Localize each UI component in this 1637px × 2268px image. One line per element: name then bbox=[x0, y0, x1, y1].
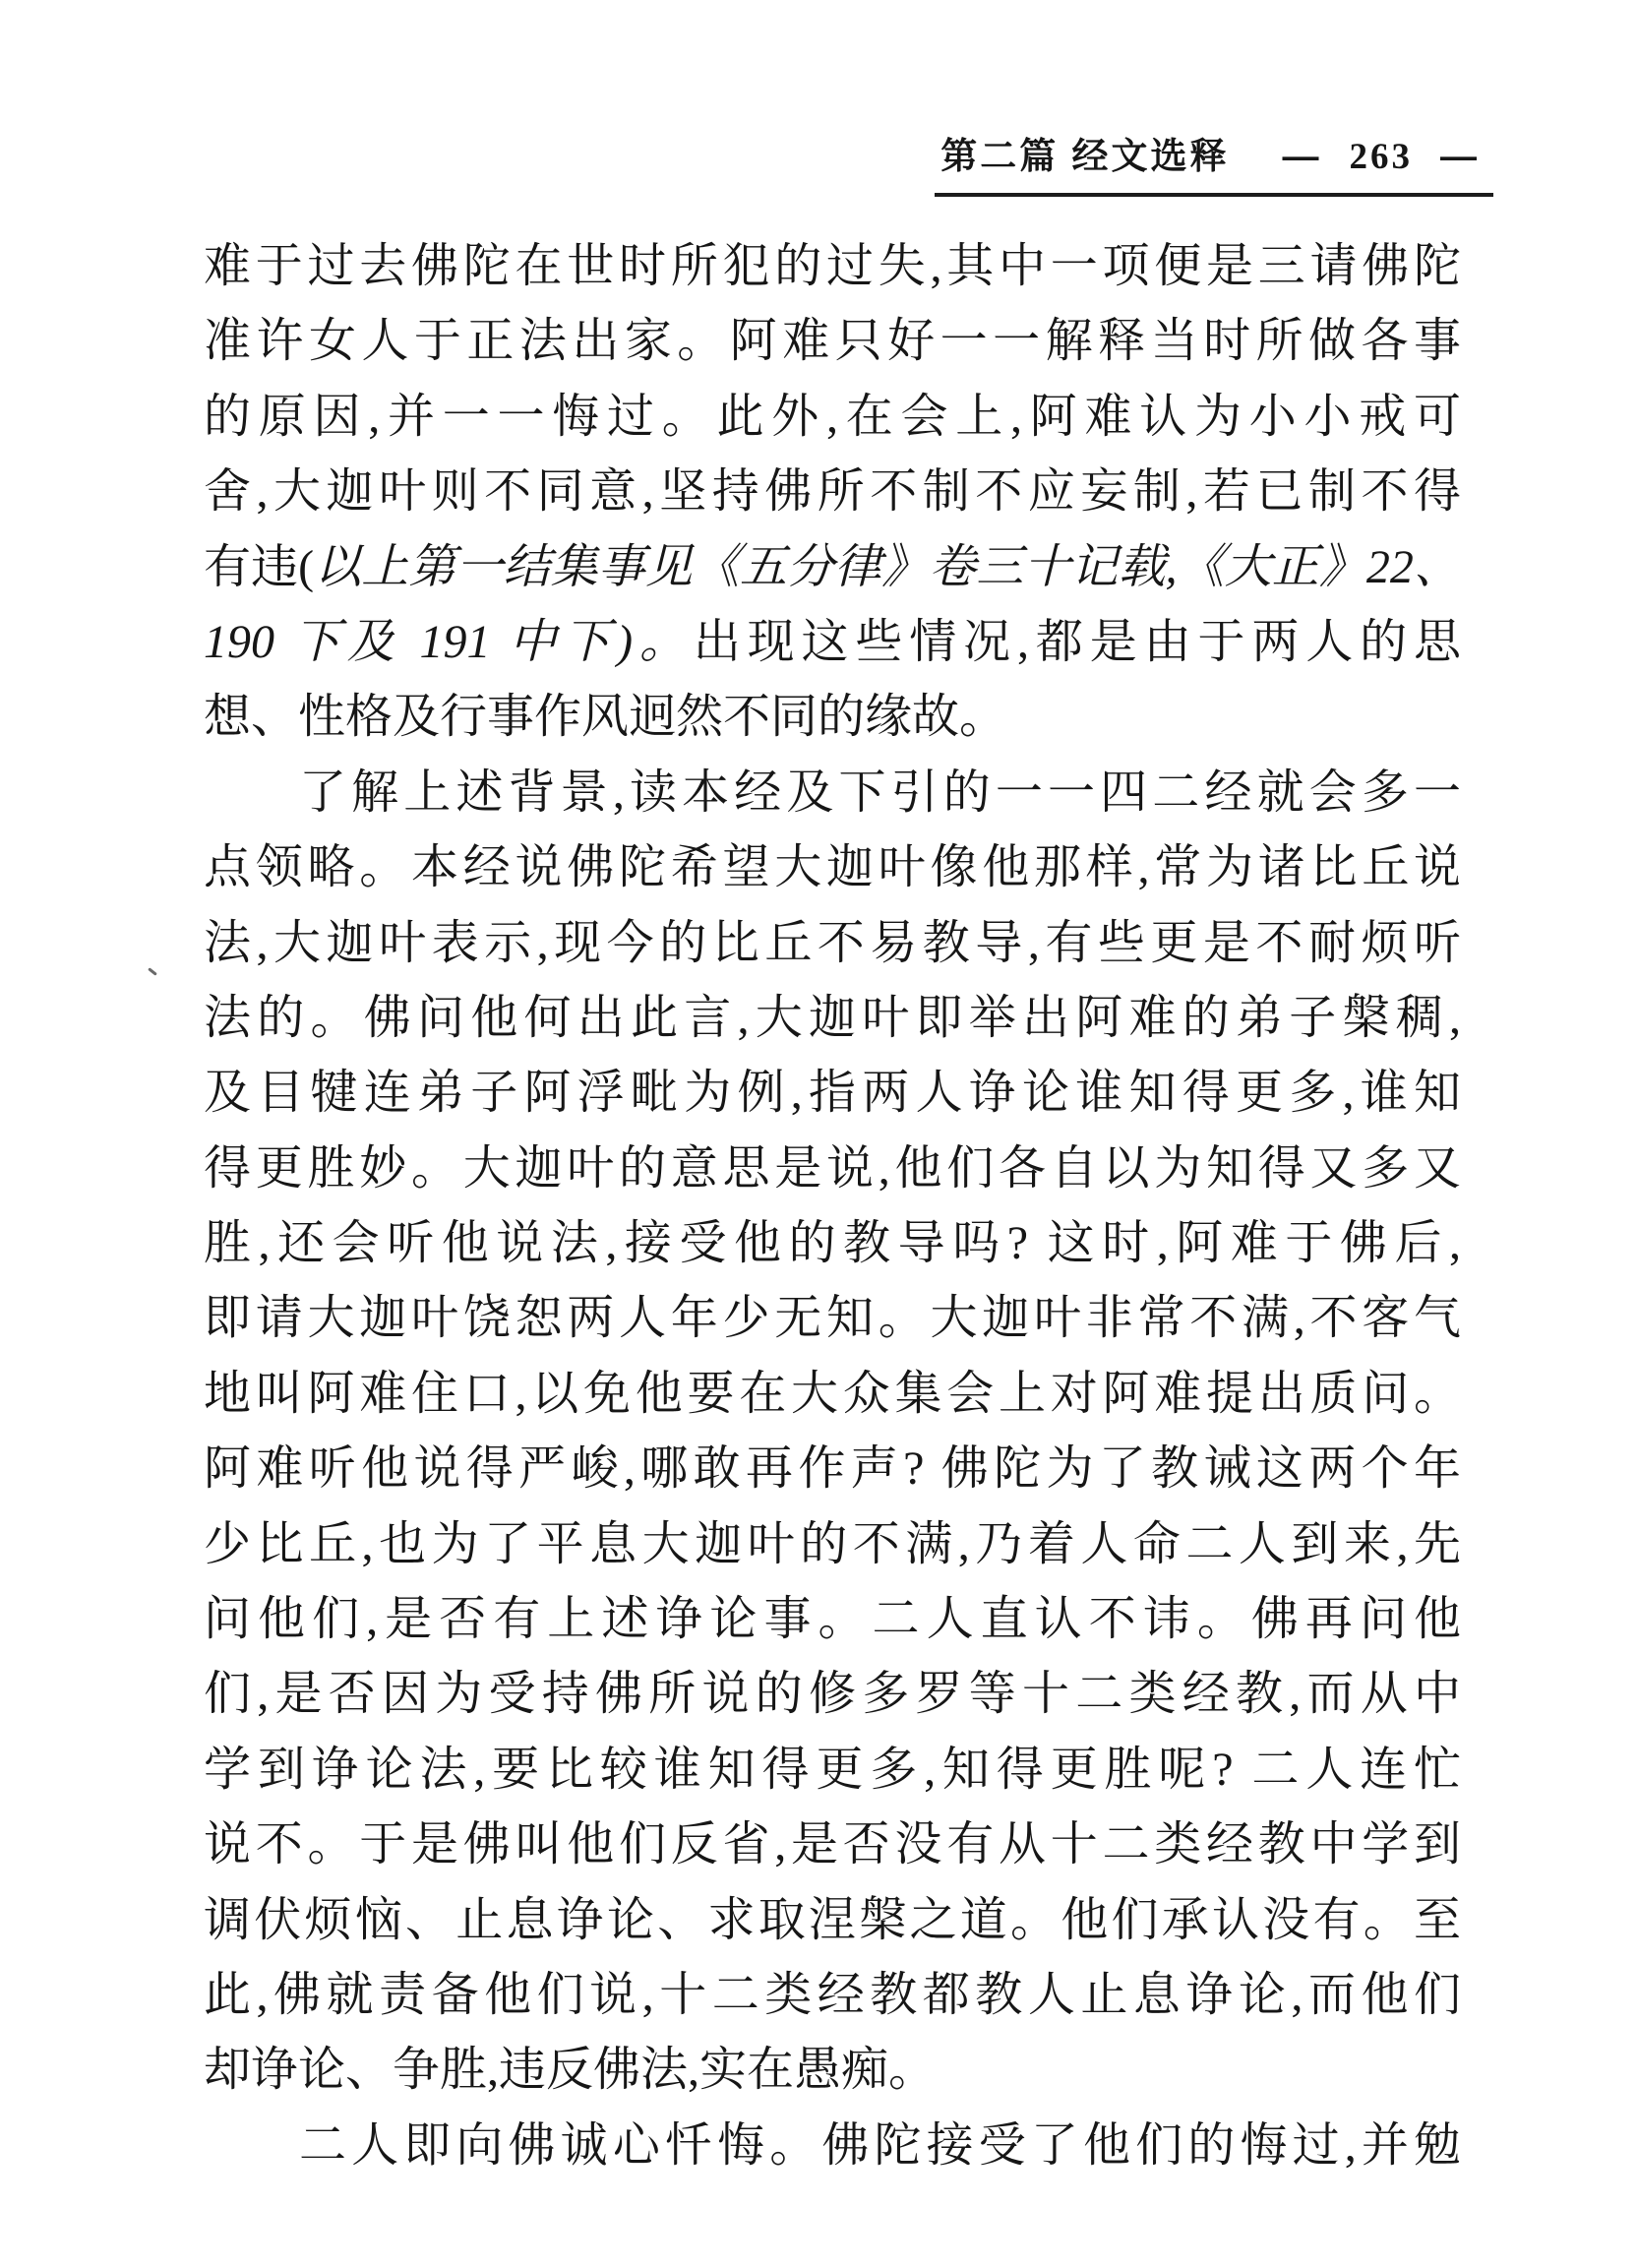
line-text: 的原因,并一一悔过。此外,在会上,阿难认为小小戒可 bbox=[204, 391, 1461, 443]
text-line: 却诤论、争胜,违反佛法,实在愚痴。 bbox=[204, 2033, 1461, 2108]
text-line: 准许女人于正法出家。阿难只好一一解释当时所做各事 bbox=[204, 304, 1461, 379]
line-text: 问他们,是否有上述诤论事。二人直认不讳。佛再问他 bbox=[204, 1593, 1461, 1645]
line-text: 出现这些情况,都是由于两人的思 bbox=[694, 616, 1461, 668]
text-line: 调伏烦恼、止息诤论、求取涅槃之道。他们承认没有。至 bbox=[204, 1883, 1461, 1958]
line-text: 此,佛就责备他们说,十二类经教都教人止息诤论,而他们 bbox=[204, 1969, 1461, 2021]
page-number-dash-right: — bbox=[1440, 136, 1480, 177]
page-number-dash-left: — bbox=[1283, 136, 1322, 177]
line-text-citation: 以上第一结集事见《五分律》卷三十记载,《大正》22、 bbox=[314, 541, 1461, 593]
text-line: 及目犍连弟子阿浮毗为例,指两人诤论谁知得更多,谁知 bbox=[204, 1056, 1461, 1131]
text-line: 此,佛就责备他们说,十二类经教都教人止息诤论,而他们 bbox=[204, 1958, 1461, 2033]
text-line: 法的。佛问他何出此言,大迦叶即举出阿难的弟子槃稠, bbox=[204, 981, 1461, 1056]
text-line: 了解上述背景,读本经及下引的一一四二经就会多一 bbox=[204, 756, 1461, 830]
line-text: 法的。佛问他何出此言,大迦叶即举出阿难的弟子槃稠, bbox=[204, 992, 1461, 1044]
line-text: 胜,还会听他说法,接受他的教导吗? 这时,阿难于佛后, bbox=[204, 1217, 1461, 1269]
text-line: 难于过去佛陀在世时所犯的过失,其中一项便是三请佛陀 bbox=[204, 229, 1461, 304]
line-text: 少比丘,也为了平息大迦叶的不满,乃着人命二人到来,先 bbox=[204, 1518, 1461, 1570]
line-text: 即请大迦叶饶恕两人年少无知。大迦叶非常不满,不客气 bbox=[204, 1292, 1461, 1344]
text-line: 问他们,是否有上述诤论事。二人直认不讳。佛再问他 bbox=[204, 1582, 1461, 1657]
line-text: 却诤论、争胜,违反佛法,实在愚痴。 bbox=[204, 2044, 936, 2096]
line-text: 说不。于是佛叫他们反省,是否没有从十二类经教中学到 bbox=[204, 1818, 1461, 1870]
text-line: 即请大迦叶饶恕两人年少无知。大迦叶非常不满,不客气 bbox=[204, 1281, 1461, 1356]
text-line: 胜,还会听他说法,接受他的教导吗? 这时,阿难于佛后, bbox=[204, 1206, 1461, 1281]
line-text: 阿难听他说得严峻,哪敢再作声? 佛陀为了教诫这两个年 bbox=[204, 1442, 1461, 1495]
line-text: 地叫阿难住口,以免他要在大众集会上对阿难提出质问。 bbox=[204, 1368, 1461, 1420]
text-line: 得更胜妙。大迦叶的意思是说,他们各自以为知得又多又 bbox=[204, 1132, 1461, 1206]
line-text: 学到诤论法,要比较谁知得更多,知得更胜呢? 二人连忙 bbox=[204, 1744, 1461, 1796]
line-text: 点领略。本经说佛陀希望大迦叶像他那样,常为诸比丘说 bbox=[204, 841, 1461, 893]
text-line: 法,大迦叶表示,现今的比丘不易教导,有些更是不耐烦听 bbox=[204, 906, 1461, 981]
text-line: 有违(以上第一结集事见《五分律》卷三十记载,《大正》22、 bbox=[204, 530, 1461, 605]
line-text: 得更胜妙。大迦叶的意思是说,他们各自以为知得又多又 bbox=[204, 1142, 1461, 1195]
page-number: 263 bbox=[1350, 136, 1414, 178]
line-text: 们,是否因为受持佛所说的修多罗等十二类经教,而从中 bbox=[204, 1668, 1461, 1720]
line-text: 及目犍连弟子阿浮毗为例,指两人诤论谁知得更多,谁知 bbox=[204, 1067, 1461, 1119]
line-text: 难于过去佛陀在世时所犯的过失,其中一项便是三请佛陀 bbox=[204, 240, 1461, 292]
line-text: 舍,大迦叶则不同意,坚持佛所不制不应妄制,若已制不得 bbox=[204, 465, 1461, 518]
text-line: 学到诤论法,要比较谁知得更多,知得更胜呢? 二人连忙 bbox=[204, 1733, 1461, 1808]
text-line: 点领略。本经说佛陀希望大迦叶像他那样,常为诸比丘说 bbox=[204, 830, 1461, 905]
text-line: 说不。于是佛叫他们反省,是否没有从十二类经教中学到 bbox=[204, 1808, 1461, 1882]
line-text: 二人即向佛诚心忏悔。佛陀接受了他们的悔过,并勉 bbox=[299, 2119, 1461, 2172]
text-line: 地叫阿难住口,以免他要在大众集会上对阿难提出质问。 bbox=[204, 1357, 1461, 1432]
chapter-title: 第二篇 经文选释 bbox=[940, 126, 1229, 179]
body-text: 难于过去佛陀在世时所犯的过失,其中一项便是三请佛陀 准许女人于正法出家。阿难只好… bbox=[204, 229, 1461, 2183]
text-line: 的原因,并一一悔过。此外,在会上,阿难认为小小戒可 bbox=[204, 380, 1461, 455]
text-line: 190 下及 191 中下)。出现这些情况,都是由于两人的思 bbox=[204, 605, 1461, 680]
line-text: 调伏烦恼、止息诤论、求取涅槃之道。他们承认没有。至 bbox=[204, 1894, 1461, 1946]
line-text: 了解上述背景,读本经及下引的一一四二经就会多一 bbox=[299, 766, 1461, 819]
book-page: 第二篇 经文选释 — 263 — 难于过去佛陀在世时所犯的过失,其中一项便是三请… bbox=[0, 0, 1637, 2268]
text-line: 舍,大迦叶则不同意,坚持佛所不制不应妄制,若已制不得 bbox=[204, 455, 1461, 529]
text-line: 想、性格及行事作风迥然不同的缘故。 bbox=[204, 680, 1461, 755]
scan-speck-artifact bbox=[148, 967, 157, 976]
text-line: 少比丘,也为了平息大迦叶的不满,乃着人命二人到来,先 bbox=[204, 1507, 1461, 1582]
text-line: 阿难听他说得严峻,哪敢再作声? 佛陀为了教诫这两个年 bbox=[204, 1432, 1461, 1506]
text-line: 们,是否因为受持佛所说的修多罗等十二类经教,而从中 bbox=[204, 1657, 1461, 1732]
page-header: 第二篇 经文选释 — 263 — bbox=[935, 126, 1493, 197]
line-text: 法,大迦叶表示,现今的比丘不易教导,有些更是不耐烦听 bbox=[204, 917, 1461, 969]
line-text: 有违( bbox=[204, 541, 314, 593]
line-text: 准许女人于正法出家。阿难只好一一解释当时所做各事 bbox=[204, 315, 1461, 367]
line-text: 想、性格及行事作风迥然不同的缘故。 bbox=[204, 691, 1006, 743]
text-line: 二人即向佛诚心忏悔。佛陀接受了他们的悔过,并勉 bbox=[204, 2109, 1461, 2183]
line-text-citation: 190 下及 191 中下)。 bbox=[204, 616, 694, 668]
